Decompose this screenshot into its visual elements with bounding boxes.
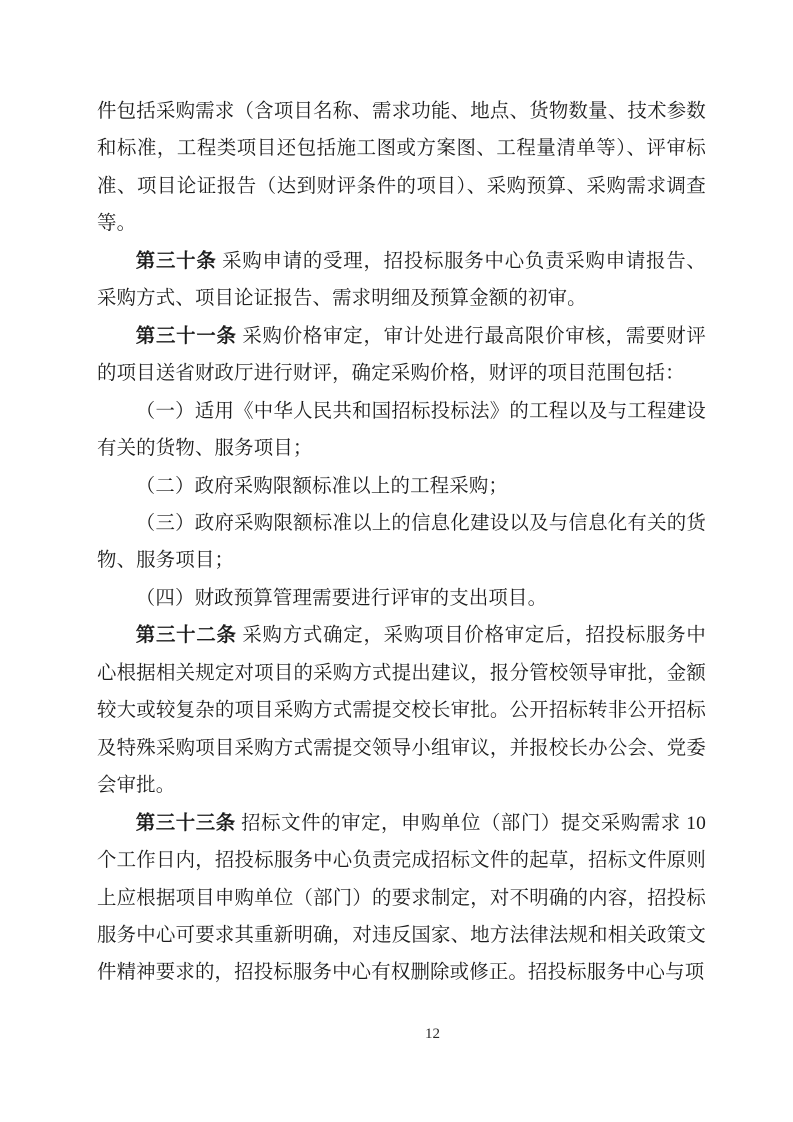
clause-2-text: （二）政府采购限额标准以上的工程采购； [136, 476, 508, 497]
article-32-number: 第三十二条 [136, 625, 237, 646]
clause-4-text: （四）财政预算管理需要进行评审的支出项目。 [136, 588, 547, 609]
clause-3-paragraph: （三）政府采购限额标准以上的信息化建设以及与信息化有关的货物、服务项目； [97, 505, 706, 580]
clause-1-text: （一）适用《中华人民共和国招标投标法》的工程以及与工程建设有关的货物、服务项目； [97, 401, 706, 459]
article-30-paragraph: 第三十条 采购申请的受理，招投标服务中心负责采购申请报告、采购方式、项目论证报告… [97, 243, 706, 318]
page-footer: 12 [0, 1024, 793, 1048]
document-body-text: 件包括采购需求（含项目名称、需求功能、地点、货物数量、技术参数和标准，工程类项目… [97, 93, 706, 992]
page-number: 12 [425, 1024, 440, 1044]
clause-2-paragraph: （二）政府采购限额标准以上的工程采购； [97, 468, 706, 505]
article-33-text: 招标文件的审定，申购单位（部门）提交采购需求 10 个工作日内，招投标服务中心负… [97, 813, 706, 984]
document-page: 件包括采购需求（含项目名称、需求功能、地点、货物数量、技术参数和标准，工程类项目… [0, 0, 793, 1122]
clause-1-paragraph: （一）适用《中华人民共和国招标投标法》的工程以及与工程建设有关的货物、服务项目； [97, 393, 706, 468]
article-33-number: 第三十三条 [136, 813, 236, 834]
paragraph-continuation: 件包括采购需求（含项目名称、需求功能、地点、货物数量、技术参数和标准，工程类项目… [97, 93, 706, 243]
clause-4-paragraph: （四）财政预算管理需要进行评审的支出项目。 [97, 580, 706, 617]
paragraph-text: 件包括采购需求（含项目名称、需求功能、地点、货物数量、技术参数和标准，工程类项目… [97, 101, 706, 234]
article-32-paragraph: 第三十二条 采购方式确定，采购项目价格审定后，招投标服务中心根据相关规定对项目的… [97, 617, 706, 804]
article-31-number: 第三十一条 [136, 326, 237, 347]
article-33-paragraph: 第三十三条 招标文件的审定，申购单位（部门）提交采购需求 10 个工作日内，招投… [97, 805, 706, 992]
article-30-number: 第三十条 [136, 251, 217, 272]
article-31-paragraph: 第三十一条 采购价格审定，审计处进行最高限价审核，需要财评的项目送省财政厅进行财… [97, 318, 706, 393]
clause-3-text: （三）政府采购限额标准以上的信息化建设以及与信息化有关的货物、服务项目； [97, 513, 706, 571]
article-32-text: 采购方式确定，采购项目价格审定后，招投标服务中心根据相关规定对项目的采购方式提出… [97, 625, 706, 796]
